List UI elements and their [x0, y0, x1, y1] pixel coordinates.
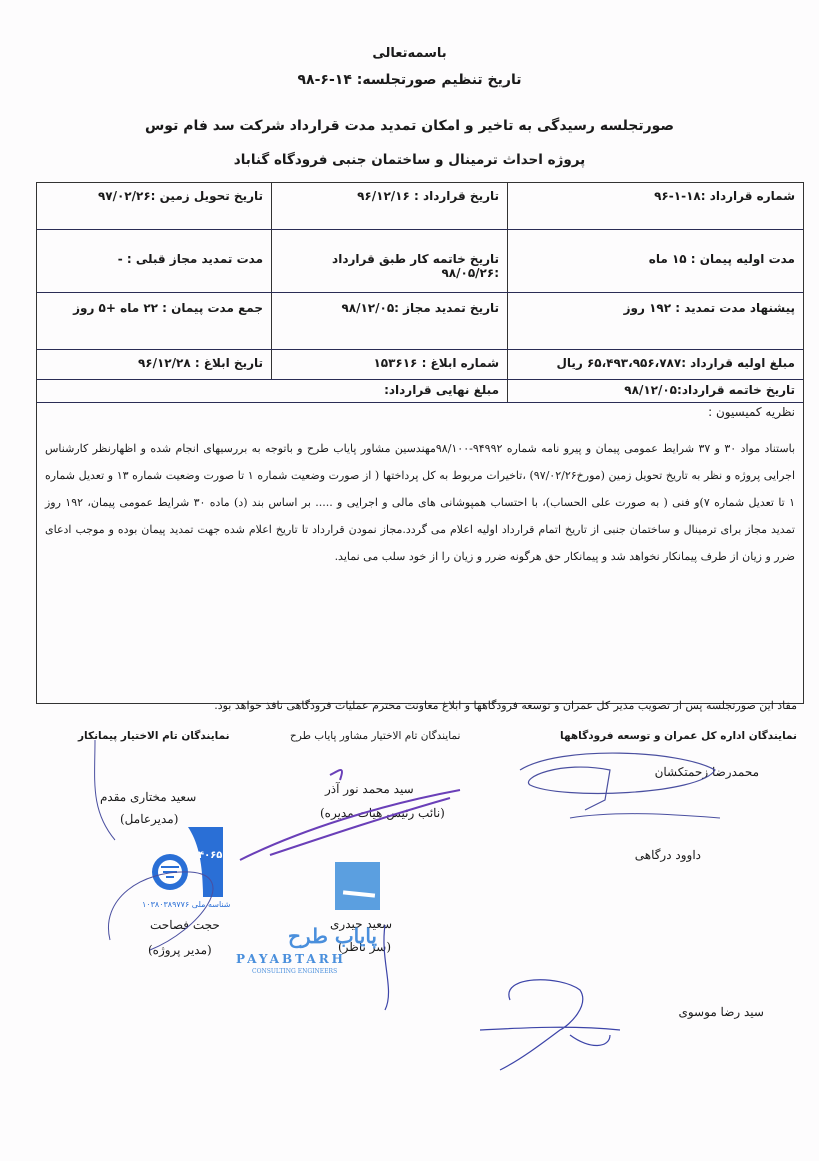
handwritten-signatures-icon — [0, 0, 819, 1161]
